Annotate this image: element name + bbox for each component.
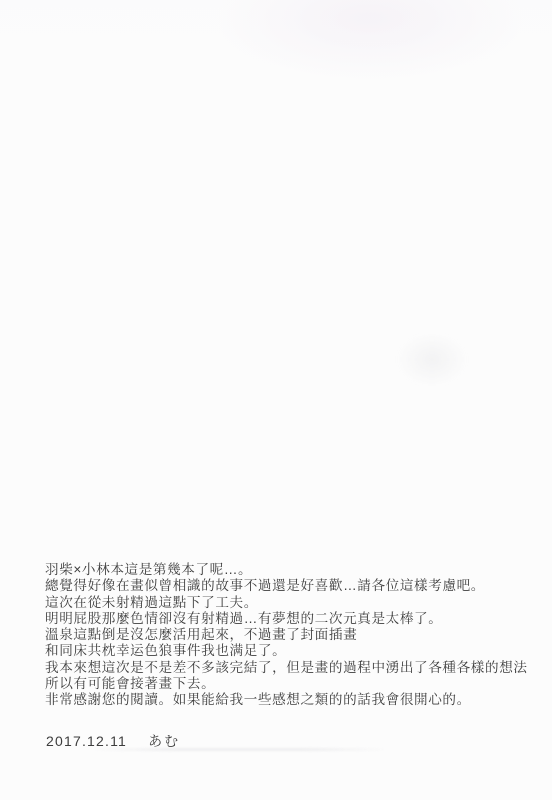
date-text: 2017.12.11 bbox=[46, 733, 127, 749]
author-name: あむ bbox=[148, 731, 180, 751]
afterword-line: 羽柴×小林本這是第幾本了呢…。 bbox=[45, 562, 530, 578]
afterword-text-block: 羽柴×小林本這是第幾本了呢…。總覺得好像在畫似曾相識的故事不過還是好喜歡…請各位… bbox=[45, 562, 530, 709]
afterword-line: 明明屁股那麼色情卻沒有射精過…有夢想的二次元真是太棒了。 bbox=[45, 611, 530, 627]
afterword-line: 和同床共枕幸运色狼事件我也满足了。 bbox=[45, 643, 530, 659]
date-line: 2017.12.11 あむ bbox=[46, 731, 180, 751]
scanned-page: 羽柴×小林本這是第幾本了呢…。總覺得好像在畫似曾相識的故事不過還是好喜歡…請各位… bbox=[0, 0, 552, 800]
afterword-line: 所以有可能會接著畫下去。 bbox=[45, 676, 530, 692]
scan-showthrough-artifact bbox=[382, 322, 482, 397]
afterword-line: 非常感謝您的閱讀。如果能給我一些感想之類的的話我會很開心的。 bbox=[45, 692, 530, 708]
afterword-line: 溫泉這點倒是沒怎麼活用起來，不過畫了封面插畫 bbox=[45, 627, 530, 643]
afterword-line: 我本來想這次是不是差不多該完結了，但是畫的過程中湧出了各種各樣的想法 bbox=[45, 660, 530, 676]
afterword-line: 這次在從未射精過這點下了工夫。 bbox=[45, 595, 530, 611]
afterword-line: 總覺得好像在畫似曾相識的故事不過還是好喜歡…請各位這樣考慮吧。 bbox=[45, 578, 530, 594]
